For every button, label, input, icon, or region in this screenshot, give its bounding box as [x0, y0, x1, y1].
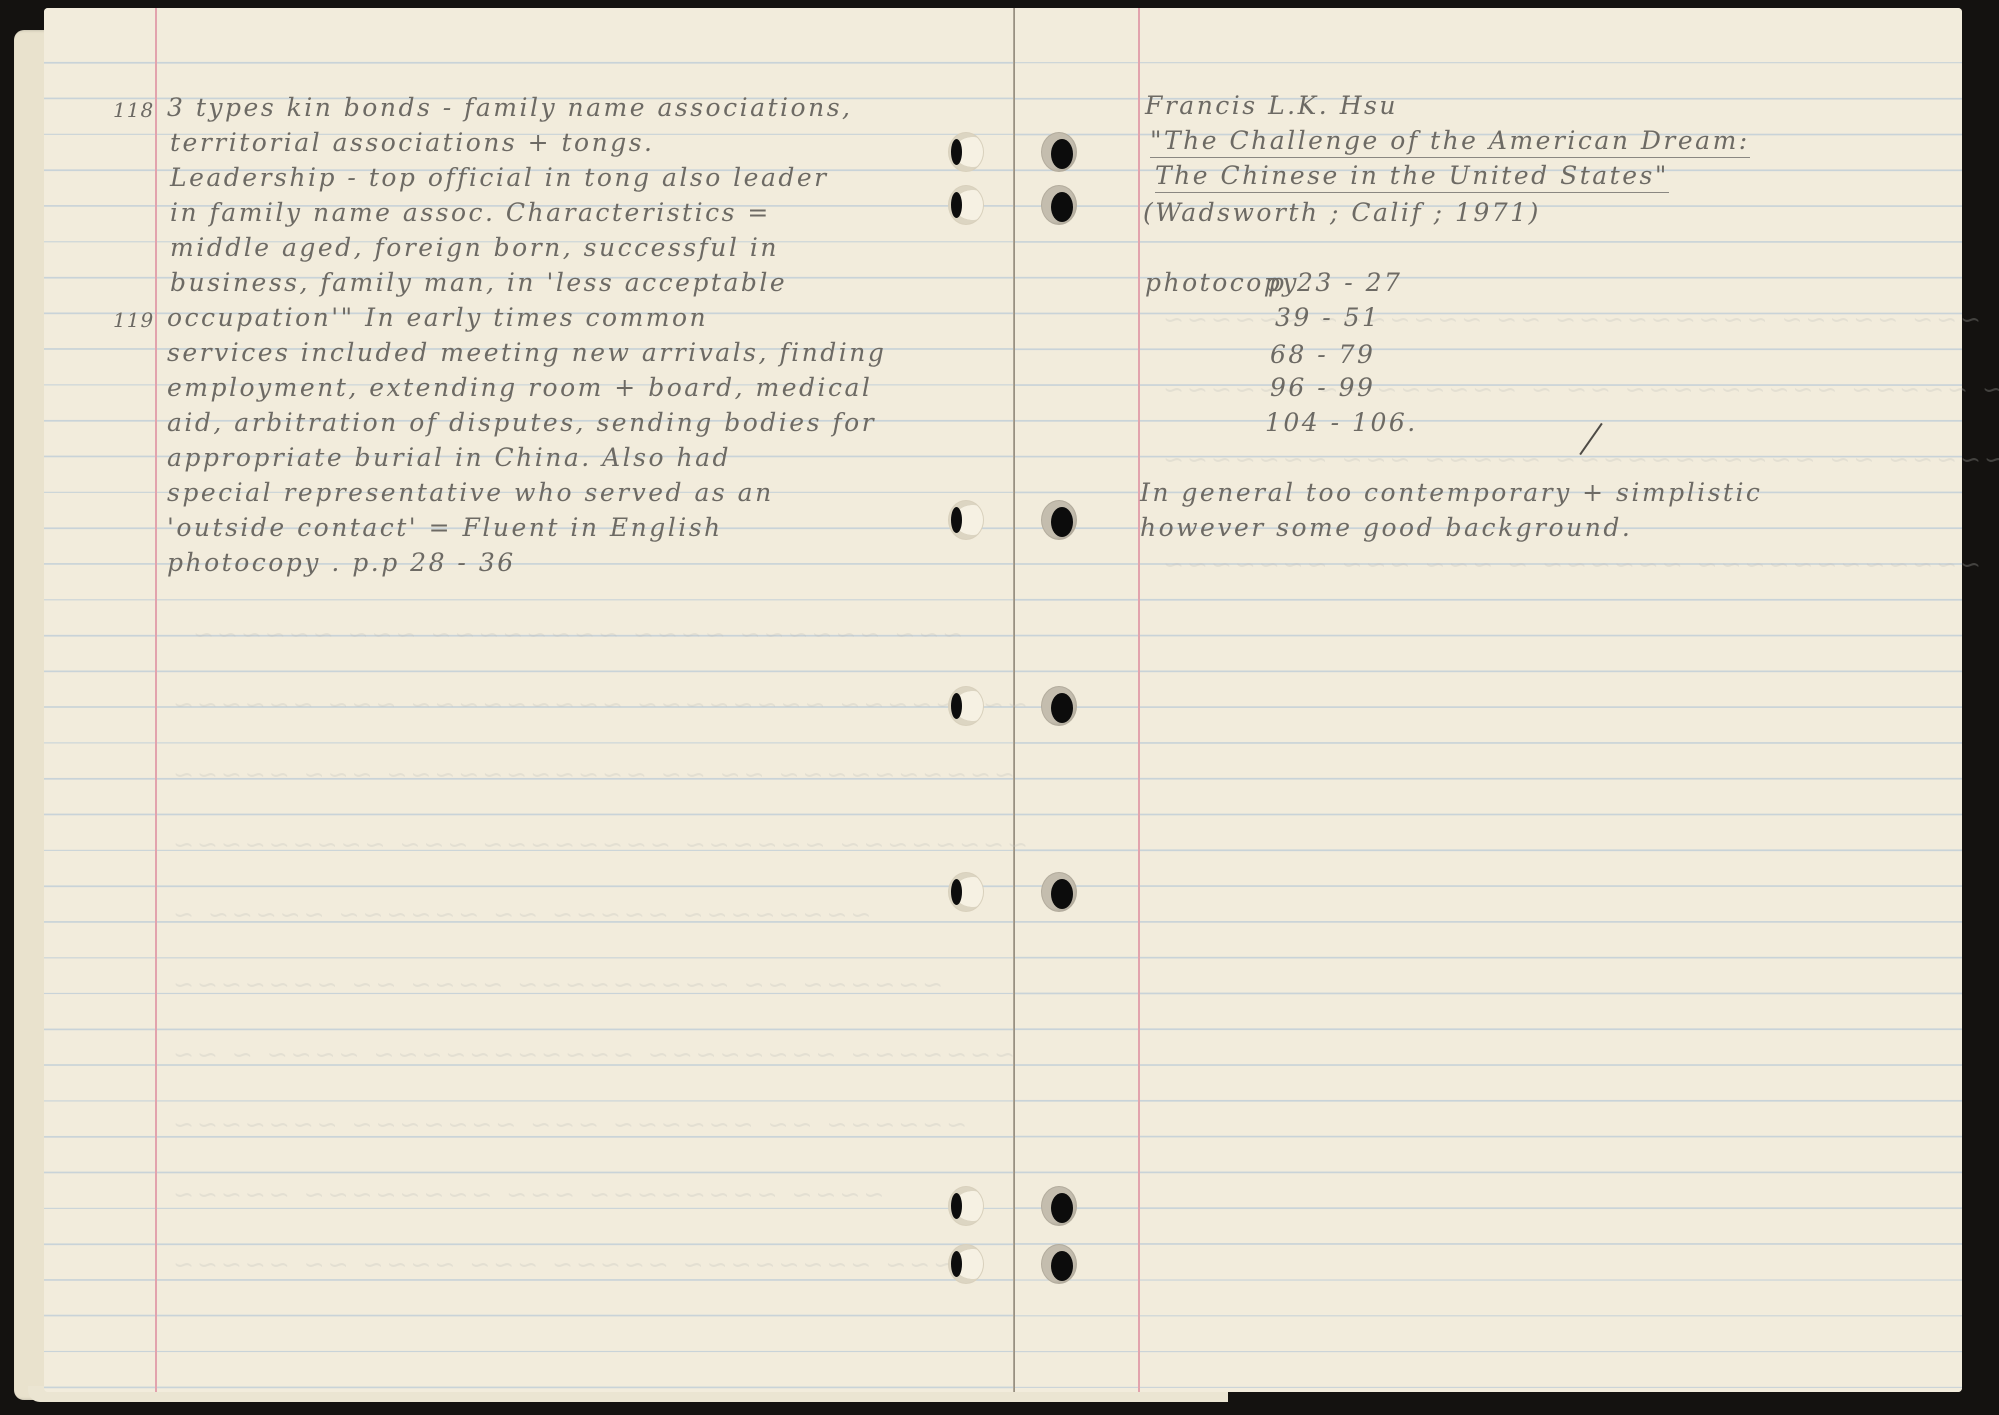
- book-title-line-1-text: "The Challenge of the American Dream:: [1150, 126, 1750, 158]
- bleed-through-text: ~~~ ~~~~~~ ~~~~ ~~~~~~~~ ~~~ ~~~~~~: [190, 620, 963, 649]
- right-margin-line: [1138, 8, 1140, 1392]
- photocopy-range: 96 - 99: [1270, 370, 1375, 405]
- photocopy-range: 104 - 106.: [1265, 405, 1418, 440]
- punch-hole-icon: [1041, 185, 1077, 225]
- handwritten-line: business, family man, in 'less acceptabl…: [170, 265, 787, 300]
- bleed-through-text: ~~~~ ~~~~~~~~ ~~~ ~~~~~~~~ ~~~~~: [170, 1180, 884, 1209]
- punch-hole-icon: [948, 132, 984, 172]
- comment-line: however some good background.: [1140, 510, 1632, 545]
- bleed-through-text: ~~~~~~~~~~ ~~ ~~ ~~~~~~~~~~~ ~~~ ~~~~~: [170, 760, 1015, 789]
- handwritten-line: in family name assoc. Characteristics =: [170, 195, 771, 230]
- punch-hole-icon: [1041, 686, 1077, 726]
- publisher-info: (Wadsworth ; Calif ; 1971): [1143, 195, 1541, 230]
- bleed-through-text: ~~~~~~ ~~ ~~~~~~~~~ ~~~~ ~~ ~~~~~~~: [170, 970, 943, 999]
- punch-hole-icon: [1041, 872, 1077, 912]
- author-name: Francis L.K. Hsu: [1145, 88, 1398, 123]
- punch-hole-icon: [948, 185, 984, 225]
- book-title-line-2-text: The Chinese in the United States": [1155, 161, 1669, 193]
- bleed-through-text: ~~~~~~~~~~~~ ~~~~~~ ~ ~~~ ~~~ ~~~~~~~: [1160, 550, 1981, 579]
- handwritten-line: Leadership - top official in tong also l…: [170, 160, 829, 195]
- punch-hole-icon: [948, 1244, 984, 1284]
- page-reference-119: 119: [113, 303, 154, 338]
- book-title-line-1: "The Challenge of the American Dream:: [1150, 123, 1750, 158]
- handwritten-line: middle aged, foreign born, successful in: [170, 230, 779, 265]
- handwritten-line: occupation'" In early times common: [167, 300, 708, 335]
- handwritten-line: 3 types kin bonds - family name associat…: [167, 90, 853, 125]
- handwritten-line: services included meeting new arrivals, …: [167, 335, 886, 370]
- book-title-line-2: The Chinese in the United States": [1155, 158, 1669, 193]
- handwritten-line: aid, arbitration of disputes, sending bo…: [167, 405, 876, 440]
- bleed-through-text: ~~~~~~~~ ~~~~~~ ~~~~~~~~ ~~~ ~~~~~~~~~: [170, 830, 1028, 859]
- handwritten-line: employment, extending room + board, medi…: [167, 370, 872, 405]
- punch-hole-icon: [948, 500, 984, 540]
- photocopy-range: 39 - 51: [1275, 300, 1380, 335]
- punch-hole-icon: [1041, 1244, 1077, 1284]
- punch-hole-icon: [1041, 500, 1077, 540]
- bleed-through-text: ~~~~~ ~~ ~~~~~~~~~~~ ~~~~~ ~~~ ~~~~~~~: [1160, 445, 1999, 474]
- punch-hole-icon: [1041, 1186, 1077, 1226]
- photocopy-range: p 23 - 27: [1268, 265, 1402, 300]
- page-reference-118: 118: [113, 93, 154, 128]
- comment-line: In general too contemporary + simplistic: [1140, 475, 1762, 510]
- handwritten-line: photocopy . p.p 28 - 36: [167, 545, 516, 580]
- bleed-through-text: ~~~~ ~~~~~~~~ ~~~~~ ~~~ ~~~~ ~~ ~~~~~: [170, 1250, 978, 1279]
- handwritten-line: appropriate burial in China. Also had: [167, 440, 731, 475]
- punch-hole-icon: [948, 686, 984, 726]
- handwritten-line: 'outside contact' = Fluent in English: [167, 510, 723, 545]
- punch-hole-icon: [948, 1186, 984, 1226]
- handwritten-line: special representative who served as an: [167, 475, 774, 510]
- photocopy-range: 68 - 79: [1270, 337, 1375, 372]
- handwritten-line: territorial associations + tongs.: [170, 125, 655, 160]
- punch-hole-icon: [948, 872, 984, 912]
- bleed-through-text: ~~~~~~ ~~ ~~~~~~ ~~~ ~~~~~~~ ~~~~~~~: [170, 1110, 967, 1139]
- bleed-through-text: ~~~~~~~ ~~~~~~~~ ~~~~~~~~~~~ ~~~~ ~ ~~: [170, 1040, 1015, 1069]
- bleed-through-text: ~~~~~~~~ ~~~~~ ~~ ~~~~~~ ~~~~~ ~: [170, 900, 871, 929]
- left-margin-line: [155, 8, 157, 1392]
- punch-hole-icon: [1041, 132, 1077, 172]
- bleed-through-text: ~~~~~~~~ ~~~~~~~~ ~~~~~~~~~ ~~~ ~~~~~~: [170, 690, 1028, 719]
